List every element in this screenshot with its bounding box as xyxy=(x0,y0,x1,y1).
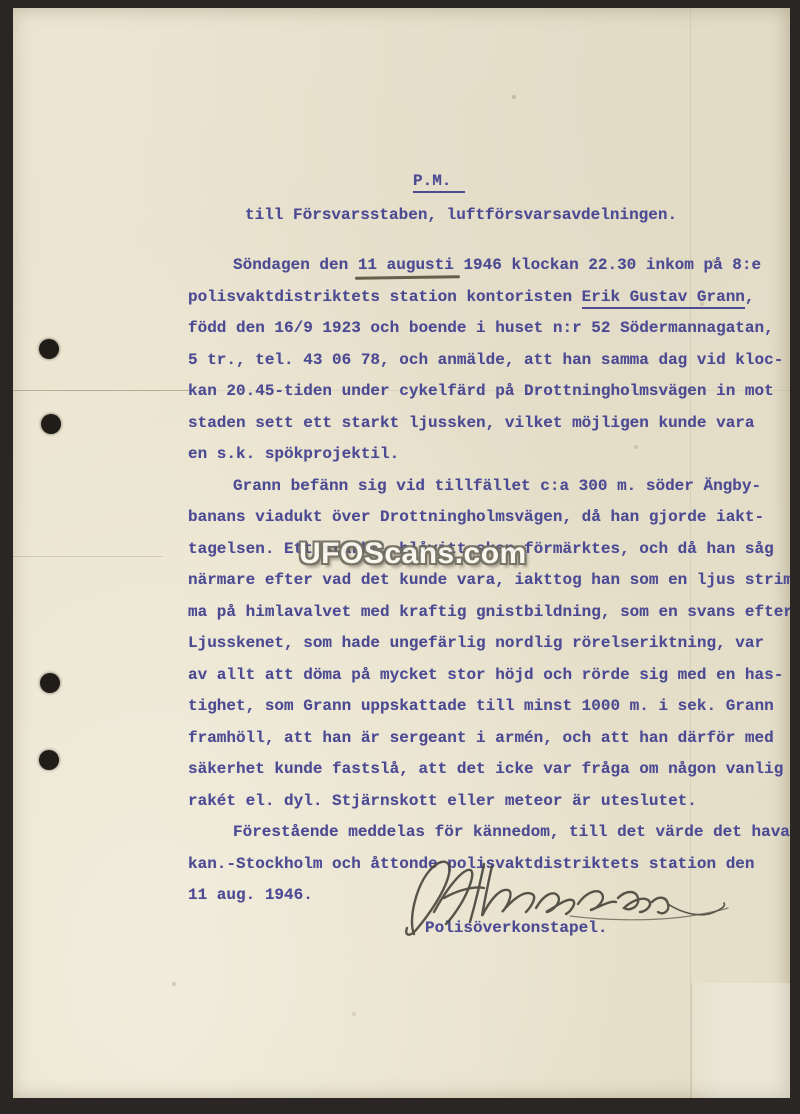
underlined-text: Erik Gustav Grann xyxy=(582,288,745,309)
typed-text: staden sett ett starkt ljussken, vilket … xyxy=(188,414,755,432)
typed-line: en s.k. spökprojektil. xyxy=(188,439,790,471)
typed-text: tighet, som Grann uppskattade till minst… xyxy=(188,697,774,715)
typed-line: ma på himlavalvet med kraftig gnistbildn… xyxy=(188,597,790,629)
watermark-text: UFOScans.com xyxy=(299,537,527,571)
typed-line: säkerhet kunde fastslå, att det icke var… xyxy=(188,754,790,786)
typed-line: banans viadukt över Drottningholmsvägen,… xyxy=(188,502,790,534)
typed-text: av allt att döma på mycket stor höjd och… xyxy=(188,666,783,684)
punch-hole xyxy=(39,339,59,359)
typed-body: Söndagen den 11 augusti 1946 klockan 22.… xyxy=(188,250,790,912)
typed-text: , xyxy=(745,288,755,306)
typed-text: ma på himlavalvet med kraftig gnistbildn… xyxy=(188,603,790,621)
typed-line: Grann befänn sig vid tillfället c:a 300 … xyxy=(188,471,790,503)
typed-text: polisvaktdistriktets station kontoristen xyxy=(188,288,582,306)
document-title: P.M. xyxy=(413,166,465,198)
fold-crease-left xyxy=(13,556,163,557)
typed-text: närmare efter vad det kunde vara, iaktto… xyxy=(188,571,790,589)
typed-line: född den 16/9 1923 och boende i huset n:… xyxy=(188,313,790,345)
typed-text: säkerhet kunde fastslå, att det icke var… xyxy=(188,760,783,778)
typed-text: Ljusskenet, som hade ungefärlig nordlig … xyxy=(188,634,764,652)
typed-line: Söndagen den 11 augusti 1946 klockan 22.… xyxy=(188,250,790,282)
typed-text: en s.k. spökprojektil. xyxy=(188,445,399,463)
handwritten-signature xyxy=(400,850,730,942)
typed-line: tighet, som Grann uppskattade till minst… xyxy=(188,691,790,723)
typed-text: 5 tr., tel. 43 06 78, och anmälde, att h… xyxy=(188,351,783,369)
typed-text: framhöll, att han är sergeant i armén, o… xyxy=(188,729,774,747)
typed-text: Förestående meddelas för kännedom, till … xyxy=(233,823,790,841)
typed-line: 5 tr., tel. 43 06 78, och anmälde, att h… xyxy=(188,345,790,377)
typed-text: Grann befänn sig vid tillfället c:a 300 … xyxy=(233,477,761,495)
typed-text: 11 aug. 1946. xyxy=(188,886,313,904)
typed-line: polisvaktdistriktets station kontoristen… xyxy=(188,282,790,314)
typed-line: kan 20.45-tiden under cykelfärd på Drott… xyxy=(188,376,790,408)
typed-text: rakét el. dyl. Stjärnskott eller meteor … xyxy=(188,792,697,810)
typed-line: Ljusskenet, som hade ungefärlig nordlig … xyxy=(188,628,790,660)
underlined-text: 11 augusti xyxy=(358,256,454,274)
fold-crease-horizontal xyxy=(13,390,189,391)
punch-hole xyxy=(40,673,60,693)
paper-specks xyxy=(13,8,15,10)
typed-text: kan 20.45-tiden under cykelfärd på Drott… xyxy=(188,382,774,400)
typed-text: Söndagen den xyxy=(233,256,358,274)
typed-text: 1946 klockan 22.30 inkom på 8:e xyxy=(454,256,761,274)
typed-line: staden sett ett starkt ljussken, vilket … xyxy=(188,408,790,440)
typed-line: rakét el. dyl. Stjärnskott eller meteor … xyxy=(188,786,790,818)
typed-line: Förestående meddelas för kännedom, till … xyxy=(188,817,790,849)
punch-hole xyxy=(41,414,61,434)
typed-line: av allt att döma på mycket stor höjd och… xyxy=(188,660,790,692)
typed-text: banans viadukt över Drottningholmsvägen,… xyxy=(188,508,764,526)
document-title-text: P.M. xyxy=(413,172,465,193)
fold-bottom-right xyxy=(691,983,790,1098)
punch-hole xyxy=(39,750,59,770)
typed-text: född den 16/9 1923 och boende i huset n:… xyxy=(188,319,774,337)
document-paper: P.M. till Försvarsstaben, luftförsvarsav… xyxy=(13,8,790,1098)
typed-line: framhöll, att han är sergeant i armén, o… xyxy=(188,723,790,755)
scanned-document-page: { "scan": { "watermark": "UFOScans.com",… xyxy=(0,0,800,1114)
document-recipient-line: till Försvarsstaben, luftförsvarsavdelni… xyxy=(245,200,677,232)
